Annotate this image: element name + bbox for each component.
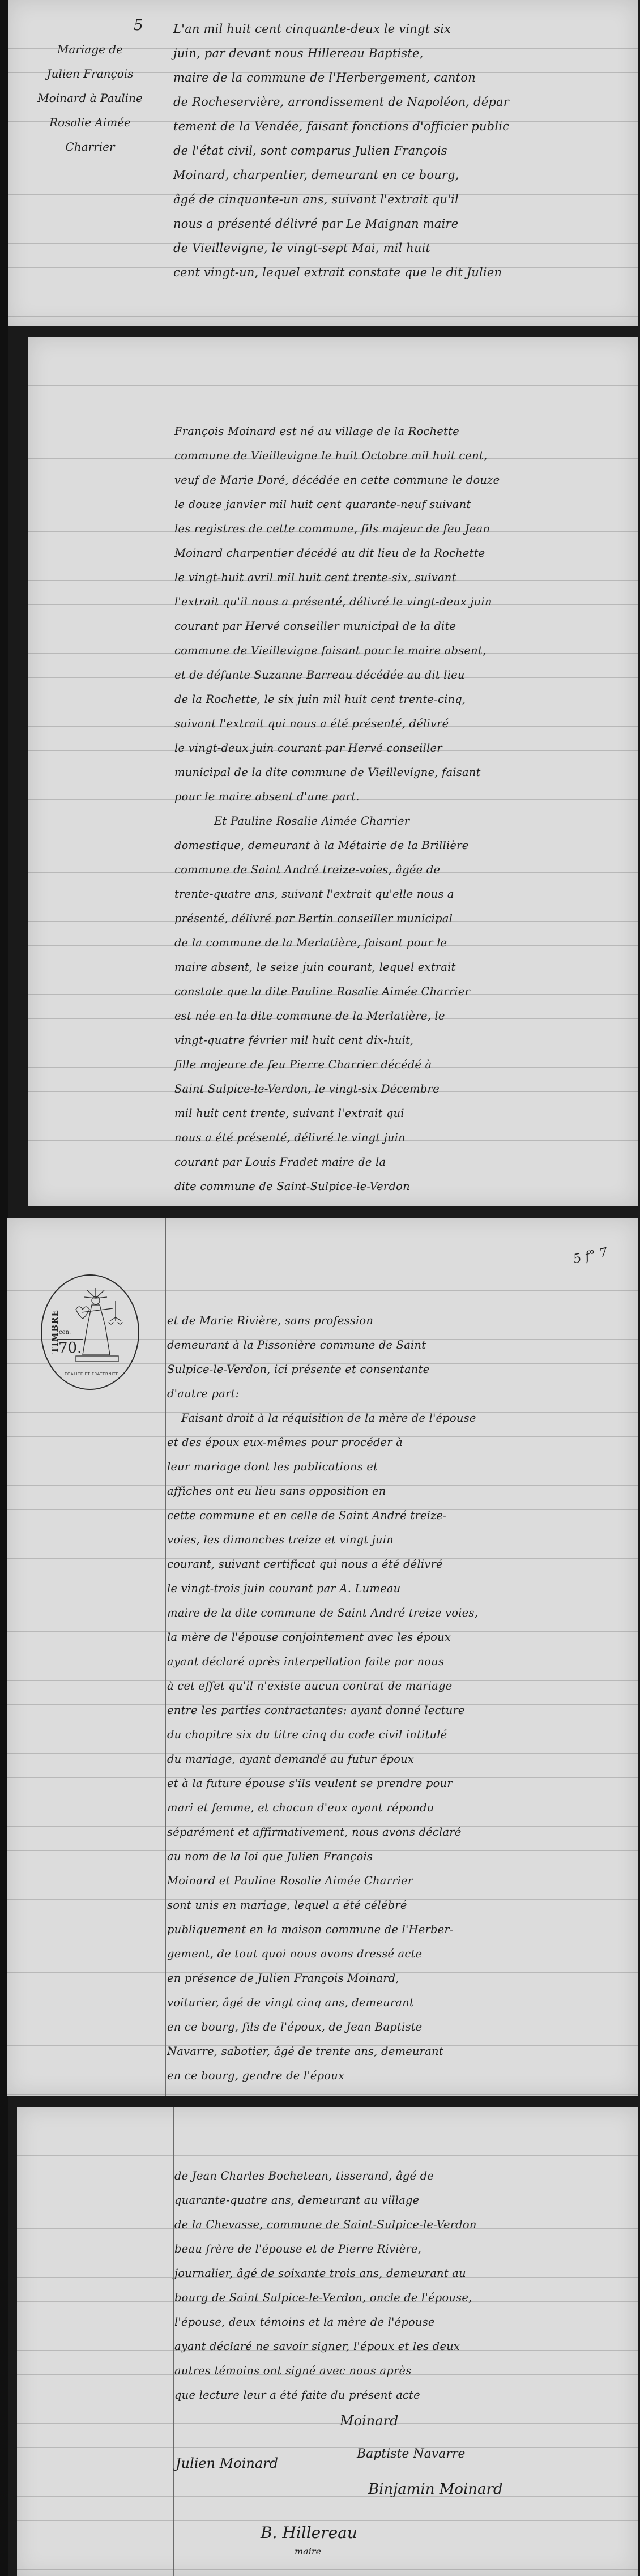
text-line: L'an mil huit cent cinquante-deux le vin… <box>173 17 509 41</box>
seated-liberty-icon <box>70 1287 127 1372</box>
text-line: beau frère de l'épouse et de Pierre Rivi… <box>174 2237 477 2261</box>
text-line: François Moinard est né au village de la… <box>174 419 500 443</box>
margin-rule <box>165 1218 166 2096</box>
text-line: fille majeure de feu Pierre Charrier déc… <box>174 1052 500 1077</box>
text-line: demeurant à la Pissonière commune de Sai… <box>167 1333 478 1357</box>
signature-witness-2: Baptiste Navarre <box>357 2447 465 2461</box>
signature-groom: Moinard <box>340 2413 398 2429</box>
register-page-4: de Jean Charles Bochetean, tisserand, âg… <box>17 2107 638 2576</box>
text-line: de Vieillevigne, le vingt-sept Mai, mil … <box>173 236 509 261</box>
text-line: nous a été présenté, délivré le vingt ju… <box>174 1125 500 1150</box>
text-line: cent vingt-un, lequel extrait constate q… <box>173 261 509 285</box>
text-line: commune de Vieillevigne faisant pour le … <box>174 638 500 663</box>
text-line: de la Rochette, le six juin mil huit cen… <box>174 687 500 711</box>
text-line: l'épouse, deux témoins et la mère de l'é… <box>174 2310 477 2334</box>
text-line: Faisant droit à la réquisition de la mèr… <box>167 1406 478 1430</box>
text-line: courant par Louis Fradet maire de la <box>174 1150 500 1174</box>
text-line: commune de Vieillevigne le huit Octobre … <box>174 443 500 468</box>
text-line: bourg de Saint Sulpice-le-Verdon, oncle … <box>174 2285 477 2310</box>
text-line: maire de la commune de l'Herbergement, c… <box>173 66 509 90</box>
text-line: âgé de cinquante-un ans, suivant l'extra… <box>173 187 509 212</box>
text-line: municipal de la dite commune de Vieillev… <box>174 760 500 784</box>
register-page-1: 5 Mariage de Julien François Moinard à P… <box>8 0 638 326</box>
text-line: et de Marie Rivière, sans profession <box>167 1308 478 1333</box>
text-line: publiquement en la maison commune de l'H… <box>167 1917 478 1942</box>
margin-note-line: Mariage de <box>14 37 167 62</box>
signature-witness-1: Julien Moinard <box>176 2455 278 2471</box>
entry-number: 5 <box>134 17 143 34</box>
text-line: trente-quatre ans, suivant l'extrait qu'… <box>174 882 500 906</box>
register-page-3: 5 f° 7 TIMBRE cen. 70. EGALITE ET FRATER… <box>7 1218 638 2096</box>
text-line: gement, de tout quoi nous avons dressé a… <box>167 1942 478 1966</box>
text-line: tement de la Vendée, faisant fonctions d… <box>173 114 509 139</box>
signature-witness-3: Binjamin Moinard <box>368 2481 503 2498</box>
margin-note: Mariage de Julien François Moinard à Pau… <box>14 37 167 159</box>
text-line: Navarre, sabotier, âgé de trente ans, de… <box>167 2039 478 2063</box>
text-line: et de défunte Suzanne Barreau décédée au… <box>174 663 500 687</box>
text-line: affiches ont eu lieu sans opposition en <box>167 1479 478 1503</box>
text-line: Et Pauline Rosalie Aimée Charrier <box>174 809 500 833</box>
margin-note-line: Rosalie Aimée <box>14 110 167 135</box>
text-line: présenté, délivré par Bertin conseiller … <box>174 906 500 931</box>
text-line: juin, par devant nous Hillereau Baptiste… <box>173 41 509 66</box>
text-line: séparément et affirmativement, nous avon… <box>167 1820 478 1844</box>
text-line: en présence de Julien François Moinard, <box>167 1966 478 1990</box>
register-page-2: François Moinard est né au village de la… <box>28 337 638 1206</box>
act-text: L'an mil huit cent cinquante-deux le vin… <box>173 17 509 285</box>
text-line: la mère de l'épouse conjointement avec l… <box>167 1625 478 1649</box>
margin-note-line: Moinard à Pauline <box>14 86 167 110</box>
text-line: en ce bourg, gendre de l'époux <box>167 2063 478 2088</box>
text-line: du mariage, ayant demandé au futur époux <box>167 1747 478 1771</box>
text-line: dite commune de Saint-Sulpice-le-Verdon <box>174 1174 500 1199</box>
text-line: pour le maire absent d'une part. <box>174 784 500 809</box>
text-line: autres témoins ont signé avec nous après <box>174 2359 477 2383</box>
act-text: François Moinard est né au village de la… <box>174 419 500 1199</box>
text-line: vingt-quatre février mil huit cent dix-h… <box>174 1028 500 1052</box>
text-line: maire de la dite commune de Saint André … <box>167 1601 478 1625</box>
text-line: en ce bourg, fils de l'époux, de Jean Ba… <box>167 2015 478 2039</box>
margin-note-line: Charrier <box>14 135 167 159</box>
text-line: leur mariage dont les publications et <box>167 1455 478 1479</box>
text-line: journalier, âgé de soixante trois ans, d… <box>174 2261 477 2285</box>
text-line: de l'état civil, sont comparus Julien Fr… <box>173 139 509 163</box>
text-line: Sulpice-le-Verdon, ici présente et conse… <box>167 1357 478 1381</box>
text-line: au nom de la loi que Julien François <box>167 1844 478 1869</box>
text-line: le vingt-deux juin courant par Hervé con… <box>174 736 500 760</box>
text-line: ayant déclaré après interpellation faite… <box>167 1649 478 1674</box>
text-line: quarante-quatre ans, demeurant au villag… <box>174 2188 477 2212</box>
text-line: à cet effet qu'il n'existe aucun contrat… <box>167 1674 478 1698</box>
text-line: de la Chevasse, commune de Saint-Sulpice… <box>174 2212 477 2237</box>
tax-stamp: TIMBRE cen. 70. EGALITE ET FRATERNITE <box>41 1274 139 1390</box>
text-line: de Rocheservière, arrondissement de Napo… <box>173 90 509 114</box>
text-line: courant, suivant certificat qui nous a é… <box>167 1552 478 1576</box>
text-line: le douze janvier mil huit cent quarante-… <box>174 492 500 517</box>
text-line: Saint Sulpice-le-Verdon, le vingt-six Dé… <box>174 1077 500 1101</box>
text-line: entre les parties contractantes: ayant d… <box>167 1698 478 1722</box>
margin-note-line: Julien François <box>14 62 167 86</box>
text-line: sont unis en mariage, lequel a été céléb… <box>167 1893 478 1917</box>
signature-mayor: B. Hillereau <box>261 2523 357 2542</box>
text-line: maire absent, le seize juin courant, leq… <box>174 955 500 979</box>
text-line: d'autre part: <box>167 1381 478 1406</box>
act-text: de Jean Charles Bochetean, tisserand, âg… <box>174 2164 477 2407</box>
text-line: voies, les dimanches treize et vingt jui… <box>167 1528 478 1552</box>
text-line: domestique, demeurant à la Métairie de l… <box>174 833 500 858</box>
text-line: que lecture leur a été faite du présent … <box>174 2383 477 2407</box>
text-line: voiturier, âgé de vingt cinq ans, demeur… <box>167 1990 478 2015</box>
text-line: commune de Saint André treize-voies, âgé… <box>174 858 500 882</box>
text-line: et des époux eux-mêmes pour procéder à <box>167 1430 478 1455</box>
text-line: Moinard charpentier décédé au dit lieu d… <box>174 541 500 565</box>
act-text: et de Marie Rivière, sans profession dem… <box>167 1308 478 2088</box>
text-line: de la commune de la Merlatière, faisant … <box>174 931 500 955</box>
text-line: le vingt-trois juin courant par A. Lumea… <box>167 1576 478 1601</box>
text-line: constate que la dite Pauline Rosalie Aim… <box>174 979 500 1004</box>
text-line: est née en la dite commune de la Merlati… <box>174 1004 500 1028</box>
stamp-unit: cen. <box>59 1329 71 1336</box>
text-line: le vingt-huit avril mil huit cent trente… <box>174 565 500 590</box>
text-line: nous a présenté délivré par Le Maignan m… <box>173 212 509 236</box>
text-line: cette commune et en celle de Saint André… <box>167 1503 478 1528</box>
margin-rule <box>173 2107 174 2576</box>
text-line: Moinard, charpentier, demeurant en ce bo… <box>173 163 509 187</box>
text-line: de Jean Charles Bochetean, tisserand, âg… <box>174 2164 477 2188</box>
text-line: Moinard et Pauline Rosalie Aimée Charrie… <box>167 1869 478 1893</box>
text-line: mari et femme, et chacun d'eux ayant rép… <box>167 1795 478 1820</box>
text-line: et à la future épouse s'ils veulent se p… <box>167 1771 478 1795</box>
text-line: mil huit cent trente, suivant l'extrait … <box>174 1101 500 1125</box>
text-line: du chapitre six du titre cinq du code ci… <box>167 1722 478 1747</box>
text-line: les registres de cette commune, fils maj… <box>174 517 500 541</box>
stamp-motto: EGALITE ET FRATERNITE <box>65 1372 118 1376</box>
mayor-title: maire <box>295 2546 321 2557</box>
text-line: veuf de Marie Doré, décédée en cette com… <box>174 468 500 492</box>
text-line: suivant l'extrait qui nous a été présent… <box>174 711 500 736</box>
folio-number: 5 f° 7 <box>572 1246 609 1266</box>
text-line: courant par Hervé conseiller municipal d… <box>174 614 500 638</box>
margin-rule <box>168 0 168 326</box>
text-line: l'extrait qu'il nous a présenté, délivré… <box>174 590 500 614</box>
text-line: ayant déclaré ne savoir signer, l'époux … <box>174 2334 477 2359</box>
